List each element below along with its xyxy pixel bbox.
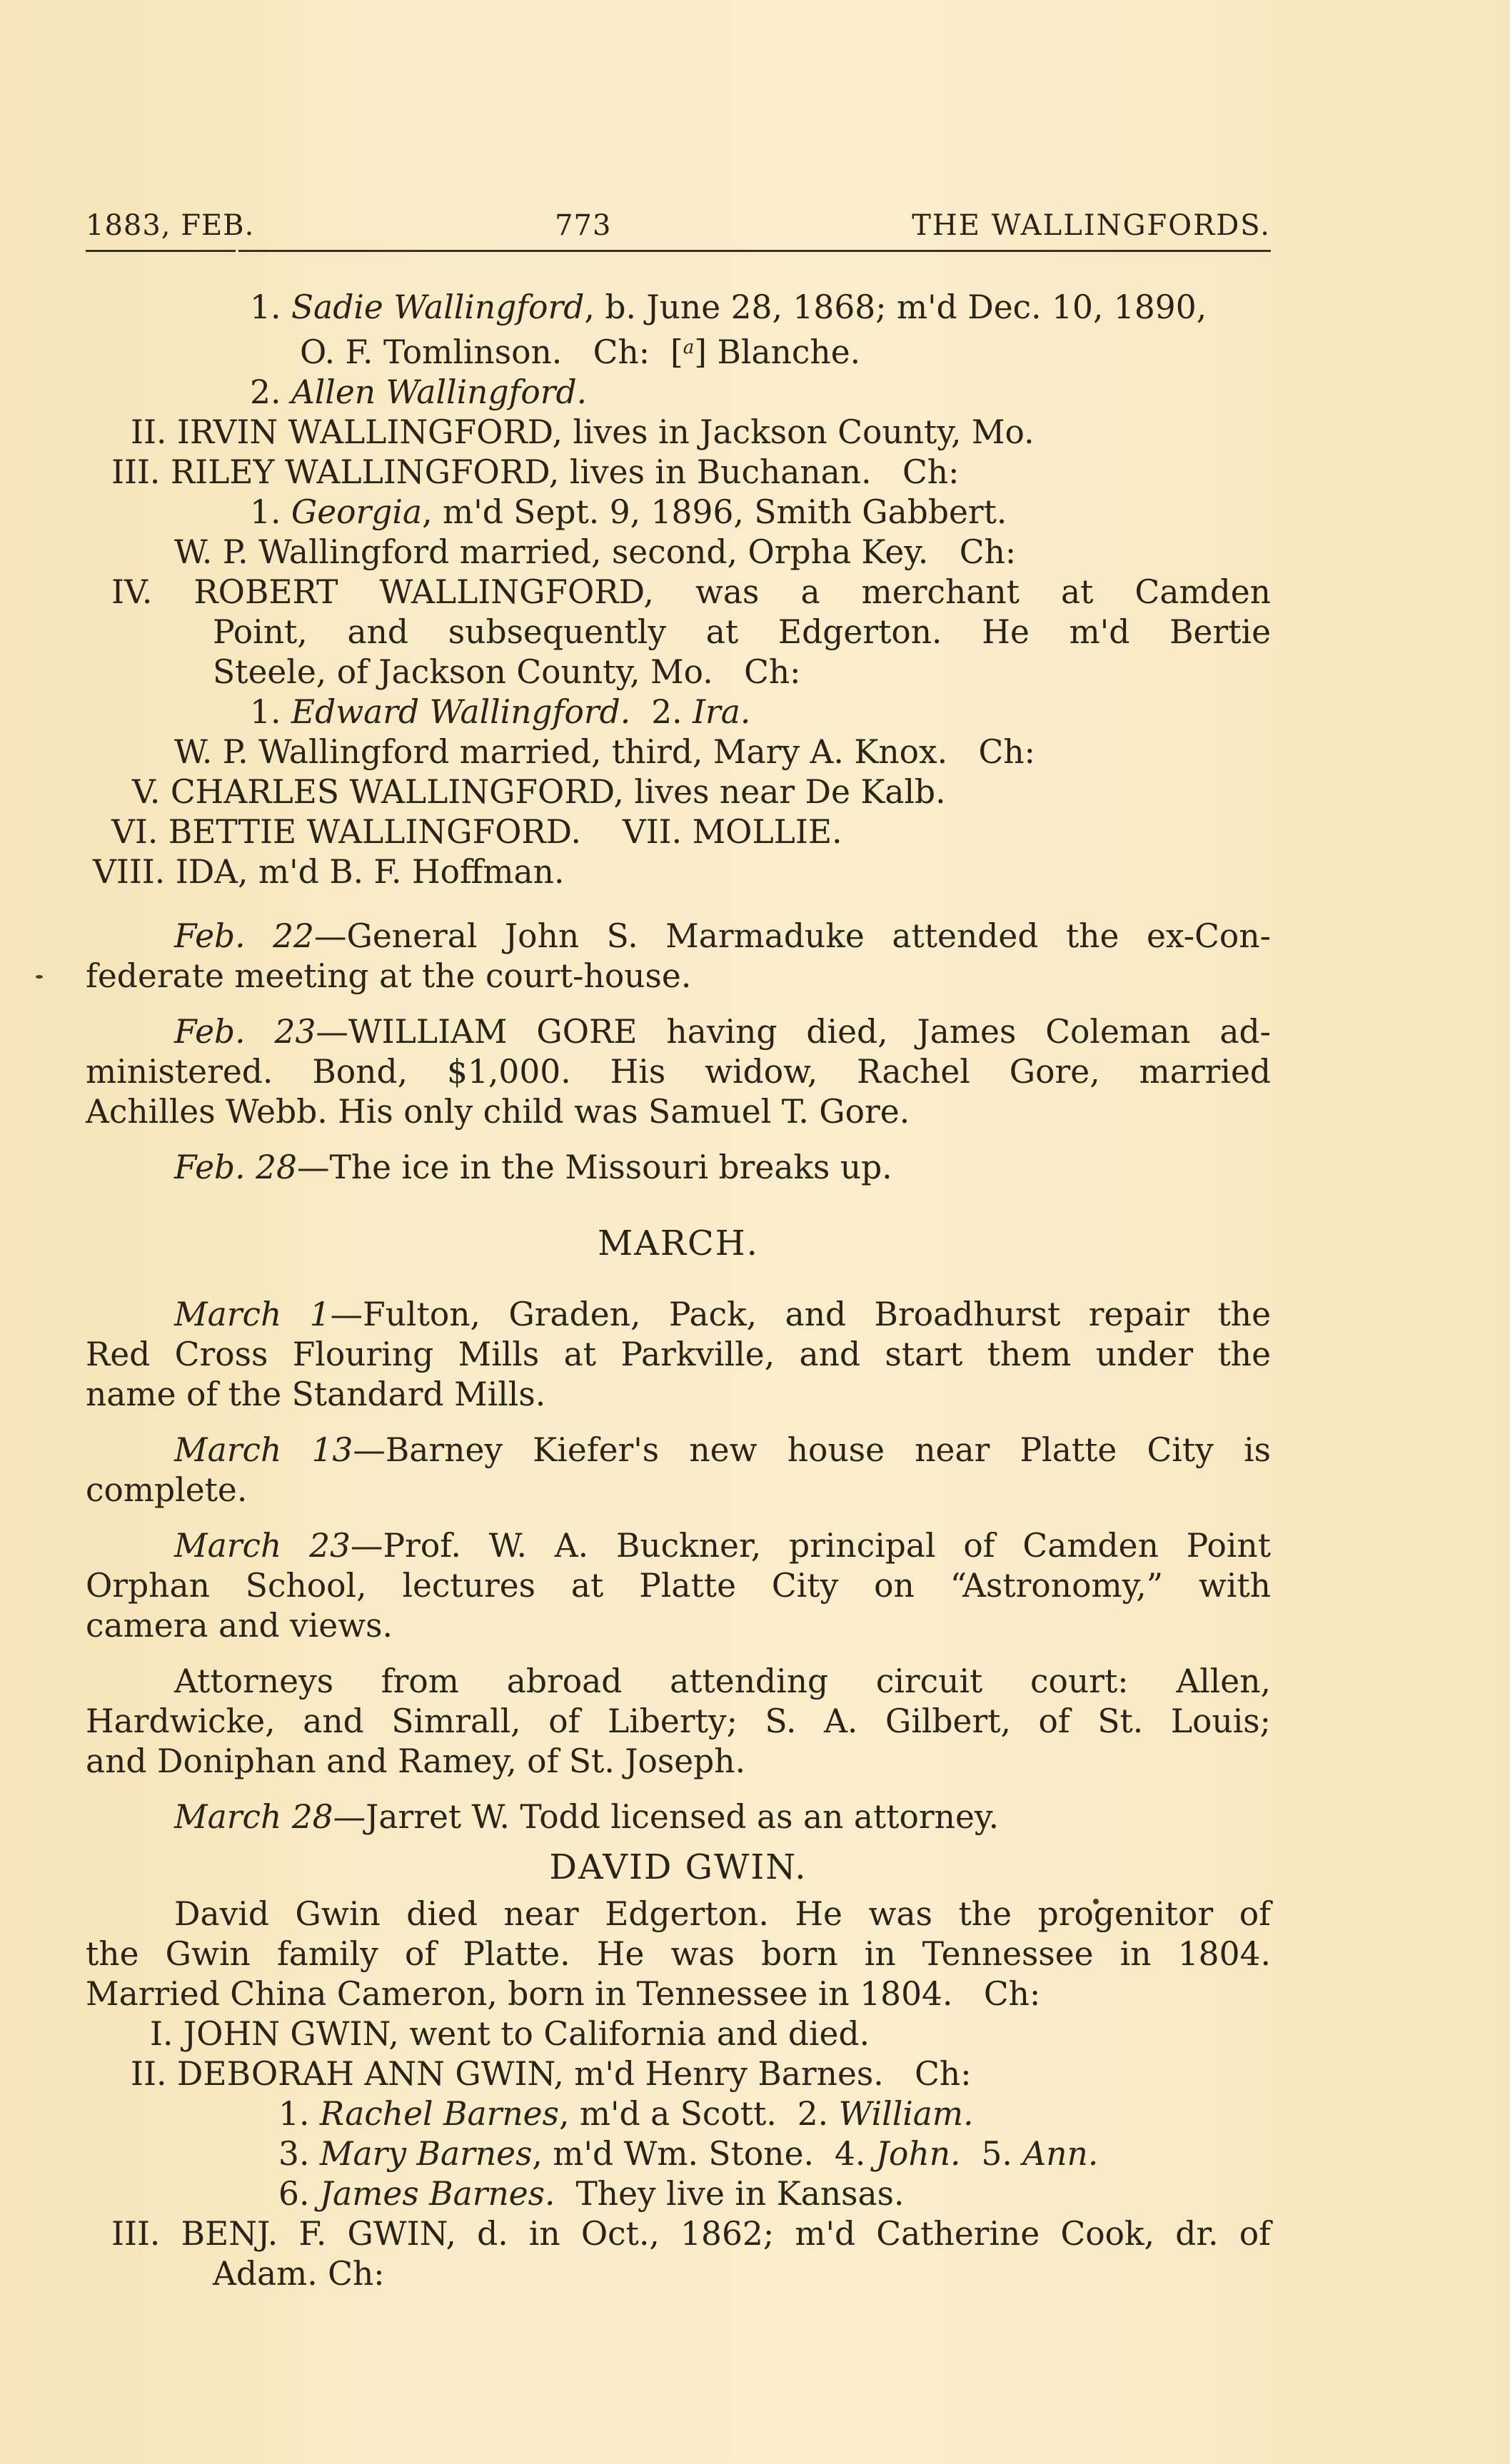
genealogy-entry-bettie-mollie: VI. BETTIE WALLINGFORD. VII. MOLLIE. <box>86 812 1271 852</box>
scan-speck <box>1093 1899 1099 1904</box>
running-head-date: 1883, FEB. <box>86 207 254 244</box>
footnote-mark: a <box>683 337 695 358</box>
genealogy-entry-deborah: II. DEBORAH ANN GWIN, m'd Henry Barnes. … <box>86 2054 1271 2094</box>
third-marriage-note: W. P. Wallingford married, third, Mary A… <box>86 732 1271 772</box>
wallingford-genealogy: 1. Sadie Wallingford, b. June 28, 1868; … <box>86 288 1271 892</box>
child-entry-allen: 2. Allen Wallingford. <box>86 373 1271 413</box>
entry-date: Feb. 22 <box>174 917 314 955</box>
child-name: Ira. <box>693 693 750 731</box>
child-entry-barnes-row3: 6. James Barnes. They live in Kansas. <box>86 2174 1271 2214</box>
genealogy-entry-irvin: II. IRVIN WALLINGFORD, lives in Jackson … <box>86 413 1271 453</box>
section-heading-march: MARCH. <box>86 1223 1271 1263</box>
feb-entry-23: Feb. 23—WILLIAM GORE having died, James … <box>86 1012 1271 1132</box>
genealogy-entry-riley: III. RILEY WALLINGFORD, lives in Buchana… <box>86 453 1271 493</box>
child-entry-barnes-row2: 3. Mary Barnes, m'd Wm. Stone. 4. John. … <box>86 2134 1271 2174</box>
march-entry-23: March 23—Prof. W. A. Buckner, principal … <box>86 1526 1271 1646</box>
entry-date: March 23 <box>174 1527 351 1565</box>
entry-date: March 1 <box>174 1296 331 1333</box>
child-entry-georgia: 1. Georgia, m'd Sept. 9, 1896, Smith Gab… <box>86 493 1271 532</box>
child-entry-barnes-row1: 1. Rachel Barnes, m'd a Scott. 2. Willia… <box>86 2094 1271 2134</box>
child-name: James Barnes. <box>320 2175 555 2213</box>
entry-date: Feb. 28 <box>174 1148 297 1186</box>
second-marriage-note: W. P. Wallingford married, second, Orpha… <box>86 532 1271 572</box>
child-entry-sadie-cont: O. F. Tomlinson. Ch: [a] Blanche. <box>86 328 1271 373</box>
child-name: Ann. <box>1022 2135 1098 2173</box>
genealogy-entry-robert-cont2: Steele, of Jackson County, Mo. Ch: <box>86 652 1271 692</box>
running-head-title: THE WALLINGFORDS. <box>912 207 1271 244</box>
child-name: William. <box>839 2095 974 2133</box>
child-entry-edward-ira: 1. Edward Wallingford. 2. Ira. <box>86 692 1271 732</box>
child-name: Sadie Wallingford <box>291 288 585 326</box>
march-entry-13: March 13—Barney Kiefer's new house near … <box>86 1430 1271 1510</box>
march-entry-28: March 28—Jarret W. Todd licensed as an a… <box>86 1797 1271 1837</box>
book-page: 1883, FEB. 773 THE WALLINGFORDS. 1. Sadi… <box>86 207 1271 2294</box>
gwin-genealogy: David Gwin died near Edgerton. He was th… <box>86 1894 1271 2294</box>
section-heading-david-gwin: DAVID GWIN. <box>86 1847 1271 1887</box>
feb-entry-28: Feb. 28—The ice in the Missouri breaks u… <box>86 1148 1271 1188</box>
genealogy-entry-robert-cont: Point, and subsequently at Edgerton. He … <box>86 612 1271 652</box>
child-name: Edward Wallingford. <box>291 693 630 731</box>
child-name: Rachel Barnes <box>320 2095 559 2133</box>
genealogy-entry-robert: IV. ROBERT WALLINGFORD, was a merchant a… <box>86 572 1271 612</box>
header-rule <box>86 250 1271 252</box>
entry-date: March 13 <box>174 1431 353 1469</box>
genealogy-entry-benj: III. BENJ. F. GWIN, d. in Oct., 1862; m'… <box>86 2214 1271 2254</box>
feb-entry-22: Feb. 22—General John S. Marmaduke attend… <box>86 917 1271 996</box>
page-body: 1. Sadie Wallingford, b. June 28, 1868; … <box>86 288 1271 2294</box>
genealogy-entry-charles: V. CHARLES WALLINGFORD, lives near De Ka… <box>86 772 1271 812</box>
child-entry-sadie: 1. Sadie Wallingford, b. June 28, 1868; … <box>86 288 1271 328</box>
entry-date: March 28 <box>174 1798 333 1836</box>
page-number: 773 <box>555 207 611 244</box>
genealogy-entry-benj-cont: Adam. Ch: <box>86 2254 1271 2294</box>
child-name: Georgia <box>291 493 422 531</box>
entry-date: Feb. 23 <box>174 1013 316 1051</box>
scan-speck <box>36 975 43 979</box>
genealogy-entry-ida: VIII. IDA, m'd B. F. Hoffman. <box>86 852 1271 892</box>
march-entry-1: March 1—Fulton, Graden, Pack, and Broadh… <box>86 1295 1271 1415</box>
child-name: John. <box>876 2135 961 2173</box>
genealogy-entry-john-gwin: I. JOHN GWIN, went to California and die… <box>86 2014 1271 2054</box>
child-name: Allen Wallingford. <box>291 373 587 411</box>
march-attorneys-note: Attorneys from abroad attending circuit … <box>86 1662 1271 1782</box>
child-name: Mary Barnes <box>320 2135 533 2173</box>
running-head: 1883, FEB. 773 THE WALLINGFORDS. <box>86 207 1271 244</box>
